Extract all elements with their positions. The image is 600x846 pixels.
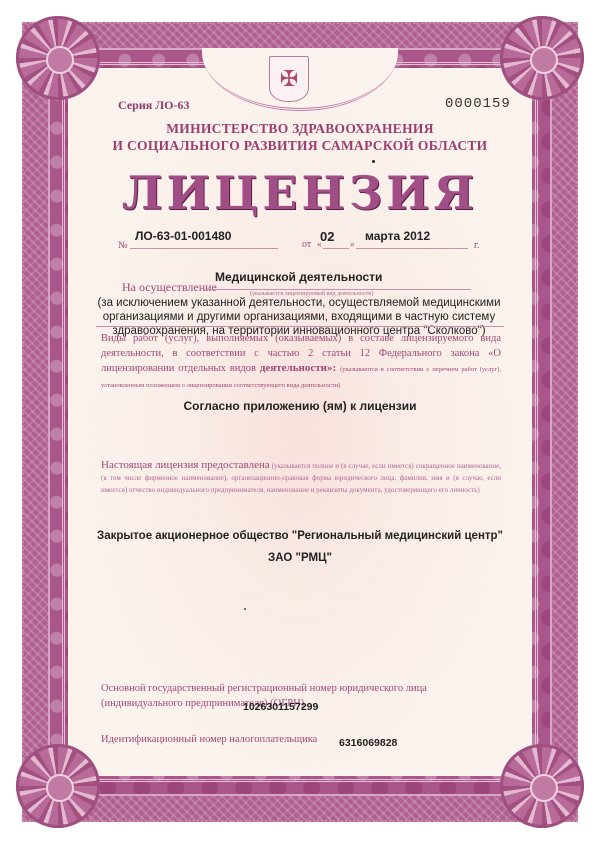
month-underline xyxy=(356,248,468,249)
day-underline xyxy=(323,248,349,249)
activity-value: Медицинской деятельности xyxy=(215,270,382,284)
year-suffix-label: г. xyxy=(474,240,479,251)
number-underline xyxy=(130,248,278,249)
exclusion-underline xyxy=(96,326,504,327)
corner-rosette-icon xyxy=(16,16,100,100)
ink-speck xyxy=(372,160,375,163)
coat-of-arms-icon: ✠ xyxy=(269,56,309,102)
date-from-label: от xyxy=(302,239,311,250)
corner-rosette-icon xyxy=(500,744,584,828)
works-description: Виды работ (услуг), выполняемых (оказыва… xyxy=(101,331,501,393)
licensee-full-name: Закрытое акционерное общество "Региональ… xyxy=(90,525,510,547)
inn-value: 6316069828 xyxy=(339,737,397,749)
license-number: ЛО-63-01-001480 xyxy=(135,229,231,243)
series-label: Серия ЛО-63 xyxy=(118,98,190,113)
licensee-description: Настоящая лицензия предоставлена (указыв… xyxy=(101,459,501,496)
document-title: ЛИЦЕНЗИЯ xyxy=(90,166,510,220)
licensee-short-name: ЗАО "РМЦ" xyxy=(90,547,510,569)
corner-rosette-icon xyxy=(16,744,100,828)
ink-speck xyxy=(244,608,246,610)
license-month-year: марта 2012 xyxy=(365,229,430,243)
serial-number: 0000159 xyxy=(445,96,511,112)
activity-label: На осуществление xyxy=(122,280,217,295)
issuer-line-2: И СОЦИАЛЬНОГО РАЗВИТИЯ САМАРСКОЙ ОБЛАСТИ xyxy=(90,137,510,154)
inn-label: Идентификационный номер налогоплательщик… xyxy=(101,734,317,745)
issuer-line-1: МИНИСТЕРСТВО ЗДРАВООХРАНЕНИЯ xyxy=(90,120,510,137)
licensee-label: Настоящая лицензия предоставлена xyxy=(101,459,270,471)
issuer-name: МИНИСТЕРСТВО ЗДРАВООХРАНЕНИЯ И СОЦИАЛЬНО… xyxy=(90,120,510,154)
licensee-name: Закрытое акционерное общество "Региональ… xyxy=(90,525,510,569)
date-quote-close: » xyxy=(350,239,355,249)
works-value: Согласно приложению (ям) к лицензии xyxy=(90,399,510,413)
number-label: № xyxy=(118,240,128,251)
ogrn-value: 1026301157299 xyxy=(243,701,318,713)
corner-rosette-icon xyxy=(500,16,584,100)
activity-underline xyxy=(203,289,471,290)
works-text-bold: деятельности»: xyxy=(260,362,336,374)
license-day: 02 xyxy=(320,229,334,244)
